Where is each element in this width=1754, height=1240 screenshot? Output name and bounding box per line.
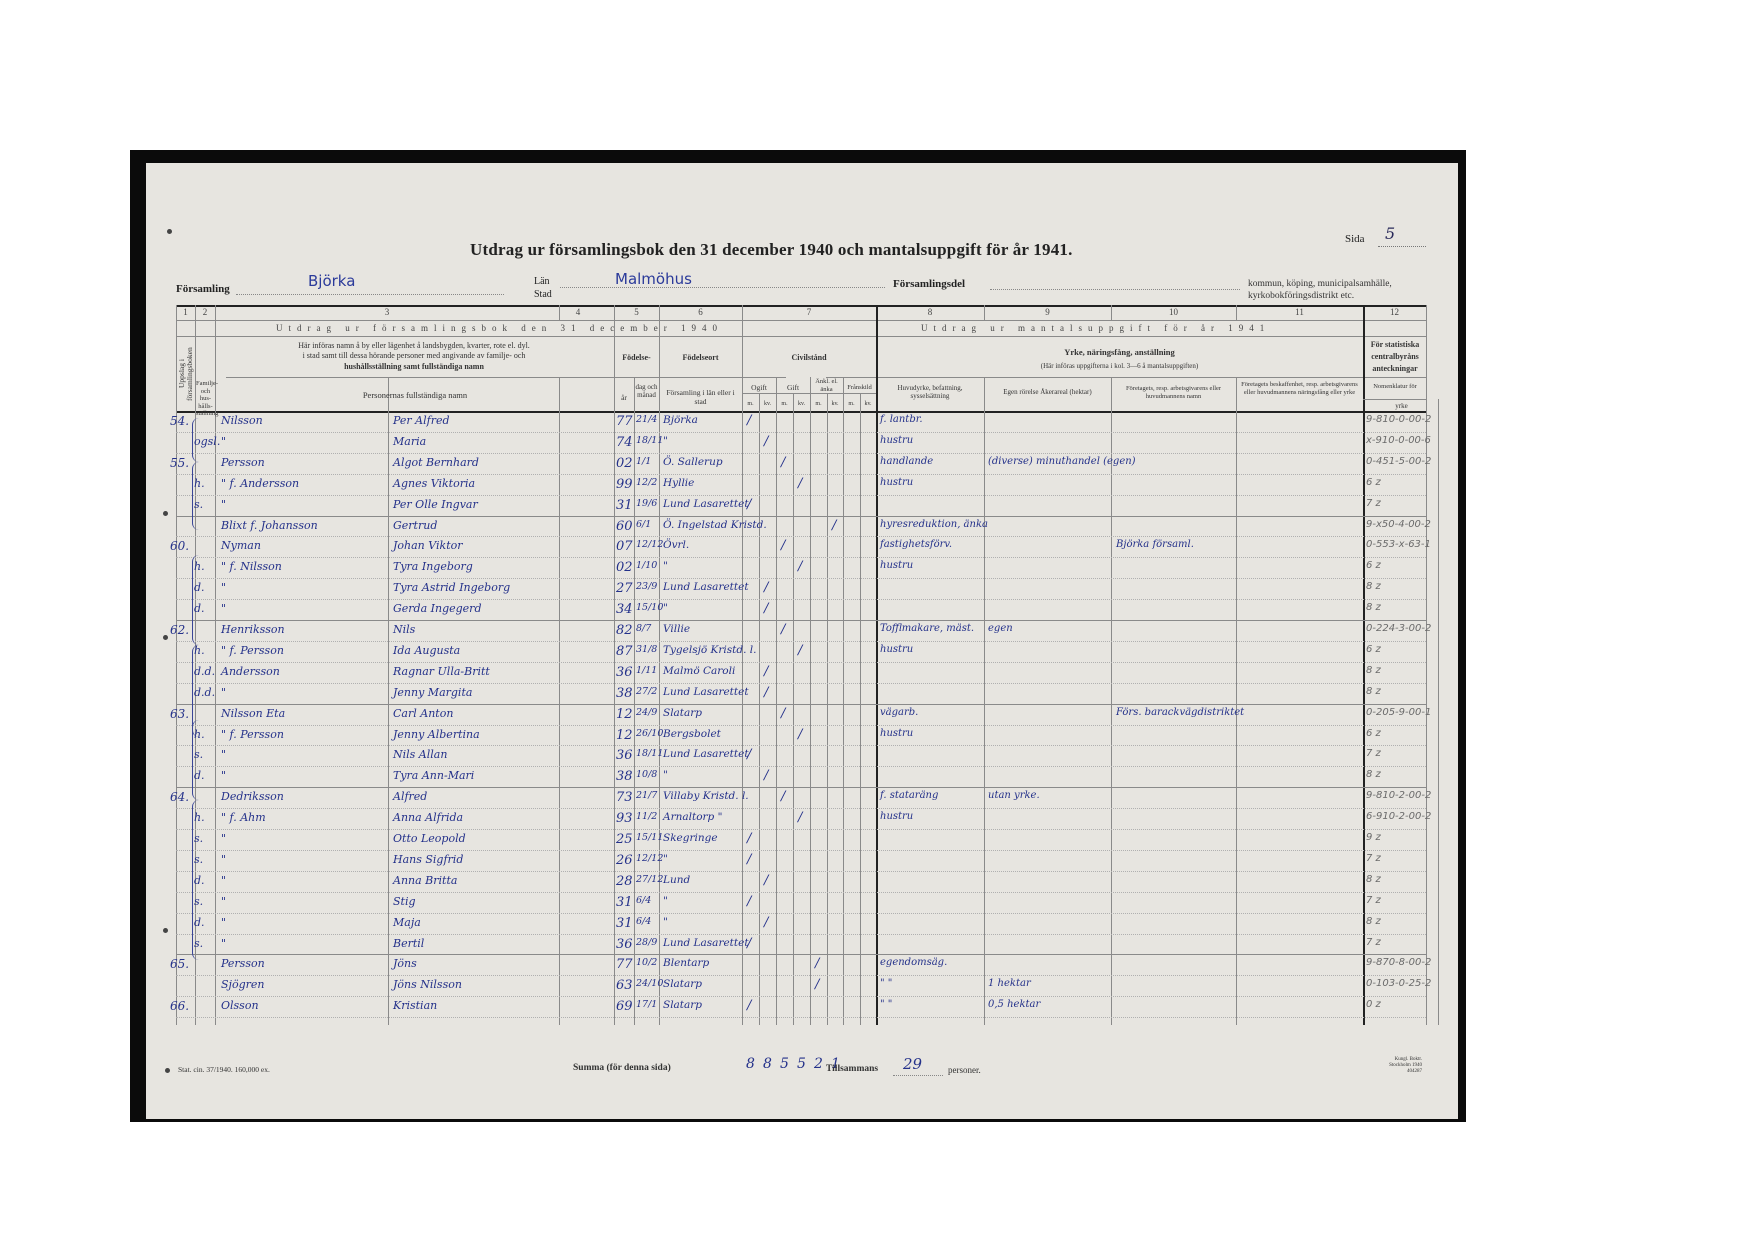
summa-value: 8: [763, 1056, 772, 1072]
colnum-2: 2: [195, 307, 215, 317]
birth-year: 38: [616, 769, 633, 784]
civil-status-tick: /: [764, 434, 768, 449]
civil-status-tick: /: [781, 455, 785, 470]
surname: " f. Persson: [221, 644, 284, 657]
civil-status-tick: /: [747, 894, 751, 909]
surname: " f. Nilsson: [221, 560, 282, 573]
forsamling-line: [236, 294, 504, 295]
ankl-header: Änkl. el. änka: [810, 378, 843, 393]
surname: ": [221, 832, 226, 845]
surname: Dedriksson: [221, 790, 284, 803]
own-business: utan yrke.: [988, 790, 1040, 801]
birth-year: 77: [616, 957, 633, 972]
civil-status-tick: /: [781, 706, 785, 721]
surname: " f. Persson: [221, 728, 284, 741]
given-names: Nils: [393, 623, 415, 636]
ar-header: år: [614, 393, 634, 402]
row-rule: [176, 683, 1426, 684]
civil-status-tick: /: [747, 497, 751, 512]
surname: Nyman: [221, 539, 261, 552]
row-rule: [176, 975, 1426, 976]
birth-day-month: 15/11: [636, 832, 663, 843]
civil-status-tick: /: [781, 789, 785, 804]
nomenclature-code: 7 z: [1366, 498, 1381, 509]
surname: " f. Andersson: [221, 477, 299, 490]
civil-status-tick: /: [747, 936, 751, 951]
nomenclature-code: 8 z: [1366, 665, 1381, 676]
nomenclature-code: 7 z: [1366, 937, 1381, 948]
row-rule: [176, 954, 1426, 955]
nomenclature-code: 0-451-5-00-2: [1366, 456, 1431, 467]
ogift-kv: kv.: [759, 400, 776, 409]
birthplace: Lund Lasarettet: [663, 937, 749, 949]
birth-day-month: 6/4: [636, 895, 651, 906]
given-names: Ragnar Ulla-Britt: [393, 665, 490, 678]
birth-year: 87: [616, 644, 633, 659]
given-names: Gertrud: [393, 519, 437, 532]
vline-section-divider: [876, 305, 878, 1025]
birth-year: 25: [616, 832, 633, 847]
census-table: 1 2 3 4 5 6 7 8 9 10 11 12 Utdrag ur för…: [176, 305, 1426, 1025]
birthplace: Lund: [663, 874, 690, 886]
vline: [742, 305, 743, 1025]
employer: Förs. barackvägdistriktet: [1116, 707, 1244, 718]
family-brace: [192, 555, 199, 645]
birth-day-month: 26/10: [636, 728, 663, 739]
lan-value: Malmöhus: [615, 270, 692, 288]
civil-status-tick: /: [815, 977, 819, 992]
forsamling-label: Församling: [176, 283, 230, 295]
given-names: Ida Augusta: [393, 644, 460, 657]
kommun-note-2: kyrkobokföringsdistrikt etc.: [1248, 290, 1354, 302]
forsamlingsdel-label: Församlingsdel: [893, 278, 965, 290]
civil-status-tick: /: [764, 768, 768, 783]
birthplace: Björka: [663, 414, 698, 426]
occupation: " ": [880, 999, 892, 1010]
birth-day-month: 23/9: [636, 581, 657, 592]
birthplace: Arnaltorp ": [663, 811, 722, 823]
row-rule: [176, 996, 1426, 997]
forsamling-value: Björka: [308, 272, 355, 290]
surname: ": [221, 937, 226, 950]
punch-hole: [167, 229, 172, 234]
nomenclature-code: 8 z: [1366, 916, 1381, 927]
birthplace: Övrl.: [663, 539, 689, 551]
birth-year: 69: [616, 999, 633, 1014]
birth-year: 73: [616, 790, 633, 805]
birth-year: 27: [616, 581, 633, 596]
summa-value: 8: [746, 1056, 755, 1072]
nomenclature-code: 9-810-0-00-2: [1366, 414, 1431, 425]
summa-value: 5: [780, 1056, 789, 1072]
nomenclature-code: 6-910-2-00-2: [1366, 811, 1431, 822]
row-rule: [176, 536, 1426, 537]
colnum-8: 8: [876, 307, 984, 317]
civil-status-tick: /: [798, 559, 802, 574]
birth-year: 26: [616, 853, 633, 868]
tillsammans-line: [893, 1075, 943, 1076]
franskild-header: Frånskild: [843, 383, 876, 392]
civil-status-tick: /: [764, 664, 768, 679]
nomenclature-code: 0 z: [1366, 999, 1381, 1010]
summa-label: Summa (för denna sida): [573, 1063, 671, 1073]
birthplace: ": [663, 916, 668, 928]
print-note: Stat. cin. 37/1940. 160,000 ex.: [178, 1065, 270, 1074]
birth-year: 02: [616, 456, 633, 471]
colnum-7: 7: [742, 307, 876, 317]
birth-year: 63: [616, 978, 633, 993]
page-number-label: Sida: [1345, 233, 1365, 245]
nomenclature-code: 9-810-2-00-2: [1366, 790, 1431, 801]
surname: Blixt f. Johansson: [221, 519, 318, 532]
occupation: hustru: [880, 644, 913, 655]
fodelseort-header: Födelseort: [659, 353, 742, 362]
surname: Henriksson: [221, 623, 285, 636]
yrke-header: Yrke, näringsfång, anställning: [876, 348, 1363, 357]
own-business: egen: [988, 623, 1013, 634]
row-rule: [176, 934, 1426, 935]
occupation: f. lantbr.: [880, 414, 923, 425]
vline: [793, 393, 794, 1025]
birth-day-month: 21/4: [636, 414, 657, 425]
surname: ": [221, 874, 226, 887]
header-bottom-rule: [176, 411, 1426, 413]
row-rule: [176, 432, 1426, 433]
birth-day-month: 21/7: [636, 790, 657, 801]
col1-header: Uppslag i församlingsboken: [178, 339, 194, 409]
civil-status-tick: /: [747, 831, 751, 846]
row-rule: [176, 871, 1426, 872]
given-names: Jöns Nilsson: [393, 978, 462, 991]
own-business: (diverse) minuthandel (egen): [988, 456, 1136, 467]
surname: Olsson: [221, 999, 259, 1012]
surname: Sjögren: [221, 978, 264, 991]
surname: ": [221, 769, 226, 782]
nomenclature-code: 8 z: [1366, 602, 1381, 613]
vline: [759, 393, 760, 1025]
civil-status-tick: /: [747, 852, 751, 867]
birthplace: Slatarp: [663, 999, 702, 1011]
surname: ": [221, 916, 226, 929]
personer-label: personer.: [948, 1065, 981, 1075]
row-rule: [176, 557, 1426, 558]
col2-header: Familje- och hus- hålls- ställning: [196, 380, 215, 418]
birthplace: Hyllie: [663, 477, 694, 489]
ogift-header: Ogift: [742, 383, 776, 392]
birthplace: Villaby Kristd. l.: [663, 790, 749, 802]
vline: [176, 305, 177, 1025]
uppslag-number: 66.: [170, 999, 189, 1013]
given-names: Maja: [393, 916, 421, 929]
gift-m: m.: [776, 400, 793, 409]
civilstand-header: Civilstånd: [742, 353, 876, 362]
occupation: Tofflmakare, mäst.: [880, 623, 974, 634]
birth-day-month: 11/2: [636, 811, 657, 822]
given-names: Carl Anton: [393, 707, 453, 720]
row-rule: [176, 704, 1426, 705]
birthplace: Malmö Caroli: [663, 665, 735, 677]
given-names: Nils Allan: [393, 748, 447, 761]
civil-status-tick: /: [764, 580, 768, 595]
colnum-9: 9: [984, 307, 1111, 317]
birth-day-month: 12/2: [636, 477, 657, 488]
given-names: Johan Viktor: [393, 539, 463, 552]
row-rule: [176, 620, 1426, 621]
yrke-subheader: (Här införas uppgifterna i kol. 3—6 å ma…: [876, 362, 1363, 371]
civil-status-tick: /: [815, 956, 819, 971]
punch-hole: [165, 1068, 170, 1073]
surname: ": [221, 895, 226, 908]
birth-year: 36: [616, 937, 633, 952]
vline: [659, 305, 660, 1025]
birth-year: 31: [616, 895, 633, 910]
civil-status-tick: /: [798, 727, 802, 742]
row-rule: [176, 474, 1426, 475]
col11-header: Företagets beskaffenhet, resp. arbetsgiv…: [1238, 381, 1361, 397]
col12-yrke: yrke: [1365, 402, 1438, 411]
birth-day-month: 31/8: [636, 644, 657, 655]
punch-hole: [163, 635, 168, 640]
civil-status-tick: /: [798, 476, 802, 491]
own-business: 0,5 hektar: [988, 999, 1040, 1010]
nomenclature-code: 8 z: [1366, 769, 1381, 780]
civil-status-tick: /: [832, 518, 836, 533]
header-mid-rule: [226, 377, 786, 378]
civil-status-tick: /: [764, 873, 768, 888]
occupation: hustru: [880, 477, 913, 488]
row-rule: [176, 1017, 1426, 1018]
printer-mark: Kungl. Boktr. Stockholm 1940 404287: [1378, 1057, 1422, 1075]
nomenclature-code: 8 z: [1366, 874, 1381, 885]
nomenclature-code: 0-205-9-00-1: [1366, 707, 1431, 718]
nomenclature-code: 9-870-8-00-2: [1366, 957, 1431, 968]
birthplace: ": [663, 560, 668, 572]
birthplace: Lund Lasarettet: [663, 581, 749, 593]
punch-hole: [163, 928, 168, 933]
colnum-rule: [176, 320, 1426, 321]
section-title-forsamlingsbok: Utdrag ur församlingsbok den 31 december…: [276, 323, 723, 333]
birth-day-month: 24/10: [636, 978, 663, 989]
summa-value: 5: [797, 1056, 806, 1072]
row-rule: [176, 662, 1426, 663]
occupation: handlande: [880, 456, 933, 467]
ankl-m: m.: [810, 400, 827, 409]
given-names: Tyra Ann-Mari: [393, 769, 474, 782]
nomenclature-code: 9-x50-4-00-2: [1366, 519, 1431, 530]
row-rule: [176, 766, 1426, 767]
surname: ": [221, 581, 226, 594]
fodelse-header: Födelse-: [614, 353, 659, 362]
civil-status-tick: /: [764, 685, 768, 700]
family-brace: [192, 418, 199, 462]
birth-day-month: 6/1: [636, 519, 651, 530]
birthplace: ": [663, 895, 668, 907]
intro-text-3: hushållsställning samt fullständiga namn: [216, 362, 612, 371]
birthplace: ": [663, 602, 668, 614]
ankl-kv: kv.: [827, 400, 843, 409]
birth-day-month: 27/2: [636, 686, 657, 697]
given-names: Tyra Astrid Ingeborg: [393, 581, 510, 594]
birth-year: 07: [616, 539, 633, 554]
intro-text-2: i stad samt till dessa hörande personer …: [216, 351, 612, 361]
birth-day-month: 28/9: [636, 937, 657, 948]
vline-statistics-divider: [1363, 305, 1365, 1025]
birth-year: 77: [616, 414, 633, 429]
tillsammans-value: 29: [903, 1055, 922, 1073]
birthplace: Lund Lasarettet: [663, 686, 749, 698]
surname: ": [221, 602, 226, 615]
occupation: hyresreduktion, änka: [880, 519, 988, 530]
row-rule: [176, 599, 1426, 600]
given-names: Kristian: [393, 999, 437, 1012]
given-names: Jöns: [393, 957, 417, 970]
row-rule: [176, 892, 1426, 893]
vline: [827, 393, 828, 1025]
intro-text-1: Här införas namn å by eller lägenhet å l…: [216, 341, 612, 351]
civil-status-tick: /: [781, 538, 785, 553]
birthplace: Blentarp: [663, 957, 709, 969]
surname: ": [221, 748, 226, 761]
given-names: Jenny Margita: [393, 686, 472, 699]
row-rule: [176, 725, 1426, 726]
birth-year: 12: [616, 728, 633, 743]
surname: Nilsson: [221, 414, 263, 427]
given-names: Anna Britta: [393, 874, 457, 887]
surname: ": [221, 435, 226, 448]
employer: Björka församl.: [1116, 539, 1194, 550]
nomenclature-code: 0-103-0-25-2: [1366, 978, 1431, 989]
civil-status-tick: /: [747, 413, 751, 428]
franskild-m: m.: [843, 400, 860, 409]
birthplace: Lund Lasarettet: [663, 498, 749, 510]
birth-day-month: 10/8: [636, 769, 657, 780]
surname: Persson: [221, 957, 265, 970]
uppslag-number: 55.: [170, 456, 189, 470]
birth-day-month: 18/11: [636, 748, 663, 759]
birth-year: 28: [616, 874, 633, 889]
row-rule: [176, 829, 1426, 830]
occupation: hustru: [880, 435, 913, 446]
birth-year: 60: [616, 519, 633, 534]
kommun-note-1: kommun, köping, municipalsamhälle,: [1248, 278, 1392, 290]
surname: Persson: [221, 456, 265, 469]
birth-year: 31: [616, 916, 633, 931]
stad-label: Stad: [534, 289, 552, 300]
civil-status-tick: /: [764, 915, 768, 930]
colnum-11: 11: [1236, 307, 1363, 317]
occupation: fastighetsförv.: [880, 539, 952, 550]
civil-status-tick: /: [764, 601, 768, 616]
colnum-10: 10: [1111, 307, 1236, 317]
birth-year: 02: [616, 560, 633, 575]
nomenclature-code: 6 z: [1366, 644, 1381, 655]
given-names: Per Olle Ingvar: [393, 498, 478, 511]
nomenclature-code: 6 z: [1366, 560, 1381, 571]
birth-day-month: 27/12: [636, 874, 663, 885]
uppslag-number: 60.: [170, 539, 189, 553]
nomenclature-code: 8 z: [1366, 581, 1381, 592]
colnum-5: 5: [614, 307, 659, 317]
given-names: Maria: [393, 435, 426, 448]
birth-day-month: 19/6: [636, 498, 657, 509]
birthplace: ": [663, 853, 668, 865]
row-rule: [176, 808, 1426, 809]
given-names: Otto Leopold: [393, 832, 466, 845]
civil-status-tick: /: [747, 747, 751, 762]
birth-day-month: 8/7: [636, 623, 651, 634]
nomenclature-code: 0-553-x-63-1: [1366, 539, 1431, 550]
colnum-6: 6: [659, 307, 742, 317]
uppslag-number: 54.: [170, 414, 189, 428]
occupation: " ": [880, 978, 892, 989]
occupation: hustru: [880, 811, 913, 822]
birth-day-month: 24/9: [636, 707, 657, 718]
given-names: Bertil: [393, 937, 424, 950]
civil-status-tick: /: [798, 643, 802, 658]
nomenclature-code: 7 z: [1366, 853, 1381, 864]
given-names: Anna Alfrida: [393, 811, 463, 824]
occupation: hustru: [880, 560, 913, 571]
row-rule: [176, 787, 1426, 788]
document-title: Utdrag ur församlingsbok den 31 december…: [470, 240, 1073, 260]
lan-label: Län: [534, 276, 550, 287]
birth-day-month: 15/10: [636, 602, 663, 613]
occupation: f. stataräng: [880, 790, 938, 801]
ogift-m: m.: [742, 400, 759, 409]
family-brace: [192, 720, 199, 800]
gift-kv: kv.: [793, 400, 810, 409]
birth-year: 31: [616, 498, 633, 513]
occupation: egendomsäg.: [880, 957, 947, 968]
birth-year: 38: [616, 686, 633, 701]
colnum-12: 12: [1363, 307, 1426, 317]
nomenclature-code: 6 z: [1366, 477, 1381, 488]
row-rule: [176, 495, 1426, 496]
birth-year: 93: [616, 811, 633, 826]
uppslag-number: 63.: [170, 707, 189, 721]
given-names: Stig: [393, 895, 416, 908]
occupation: vägarb.: [880, 707, 918, 718]
birth-year: 36: [616, 665, 633, 680]
col3-4-header: Personernas fullständiga namn: [216, 391, 614, 400]
uppslag-number: 64.: [170, 790, 189, 804]
punch-hole: [163, 511, 168, 516]
col8-header: Huvudyrke, befattning, sysselsättning: [878, 384, 982, 400]
gift-header: Gift: [776, 383, 810, 392]
birth-day-month: 12/12: [636, 539, 663, 550]
birthplace: Skegringe: [663, 832, 718, 844]
civil-status-tick: /: [781, 622, 785, 637]
surname: Nilsson Eta: [221, 707, 285, 720]
vline: [1438, 399, 1439, 1025]
birthplace: Tygelsjö Kristd. l.: [663, 644, 756, 656]
civil-status-tick: /: [798, 810, 802, 825]
lan-line: [560, 287, 885, 288]
forsamlingsdel-line: [990, 289, 1240, 290]
surname: Andersson: [221, 665, 280, 678]
row-rule: [176, 850, 1426, 851]
birthplace: Slatarp: [663, 978, 702, 990]
given-names: Gerda Ingegerd: [393, 602, 481, 615]
birth-year: 74: [616, 435, 633, 450]
fodelseort-sub: Församling i län eller i stad: [662, 388, 739, 406]
surname: " f. Ahm: [221, 811, 266, 824]
nomenclature-code: 0-224-3-00-2: [1366, 623, 1431, 634]
birth-day-month: 1/11: [636, 665, 657, 676]
nomenclature-code: x-910-0-00-6: [1366, 435, 1431, 446]
surname: ": [221, 498, 226, 511]
given-names: Agnes Viktoria: [393, 477, 475, 490]
